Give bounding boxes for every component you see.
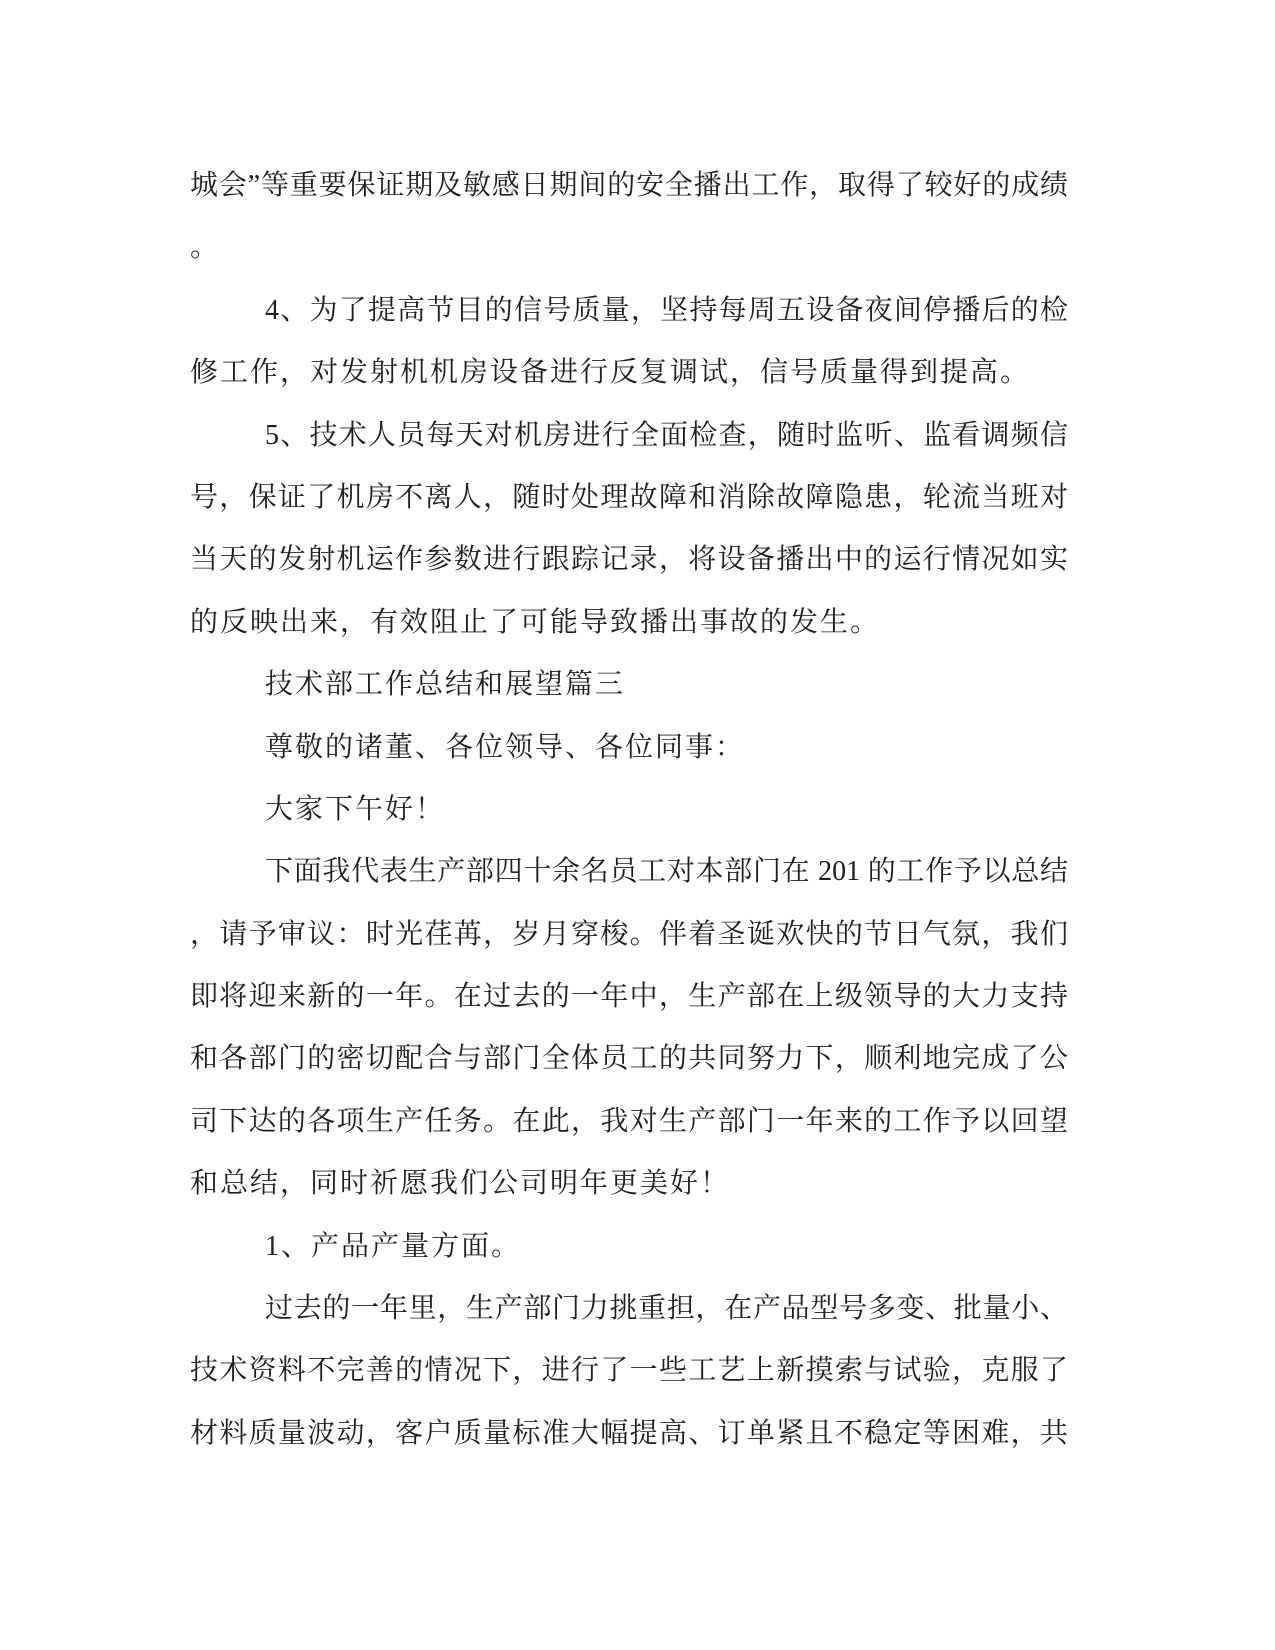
text-line: 1、产品产量方面。 [190, 1216, 1068, 1278]
text-line: 和总结，同时祈愿我们公司明年更美好！ [190, 1153, 1068, 1215]
document-page: 城会”等重要保证期及敏感日期间的安全播出工作，取得了较好的成绩。4、为了提高节目… [0, 0, 1275, 1650]
text-line: 过去的一年里，生产部门力挑重担，在产品型号多变、批量小、 [190, 1278, 1068, 1340]
text-line: 下面我代表生产部四十余名员工对本部门在 201 的工作予以总结 [190, 841, 1068, 903]
text-line: 材料质量波动，客户质量标准大幅提高、订单紧且不稳定等困难，共 [190, 1403, 1068, 1465]
text-line: 技术部工作总结和展望篇三 [190, 654, 1068, 716]
text-line: 和各部门的密切配合与部门全体员工的共同努力下，顺利地完成了公 [190, 1028, 1068, 1090]
text-line: 4、为了提高节目的信号质量，坚持每周五设备夜间停播后的检 [190, 280, 1068, 342]
text-line: ，请予审议：时光荏苒，岁月穿梭。伴着圣诞欢快的节日气氛，我们 [190, 904, 1068, 966]
text-line: 。 [190, 217, 1068, 279]
text-line: 当天的发射机运作参数进行跟踪记录，将设备播出中的运行情况如实 [190, 529, 1068, 591]
text-line: 修工作，对发射机机房设备进行反复调试，信号质量得到提高。 [190, 342, 1068, 404]
text-line: 即将迎来新的一年。在过去的一年中，生产部在上级领导的大力支持 [190, 966, 1068, 1028]
text-line: 的反映出来，有效阻止了可能导致播出事故的发生。 [190, 592, 1068, 654]
text-line: 技术资料不完善的情况下，进行了一些工艺上新摸索与试验，克服了 [190, 1340, 1068, 1402]
text-line: 5、技术人员每天对机房进行全面检查，随时监听、监看调频信 [190, 405, 1068, 467]
text-line: 司下达的各项生产任务。在此，我对生产部门一年来的工作予以回望 [190, 1091, 1068, 1153]
text-line: 号，保证了机房不离人，随时处理故障和消除故障隐患，轮流当班对 [190, 467, 1068, 529]
text-line: 尊敬的诸董、各位领导、各位同事： [190, 717, 1068, 779]
text-block: 城会”等重要保证期及敏感日期间的安全播出工作，取得了较好的成绩。4、为了提高节目… [190, 155, 1068, 1465]
text-line: 大家下午好！ [190, 779, 1068, 841]
text-line: 城会”等重要保证期及敏感日期间的安全播出工作，取得了较好的成绩 [190, 155, 1068, 217]
